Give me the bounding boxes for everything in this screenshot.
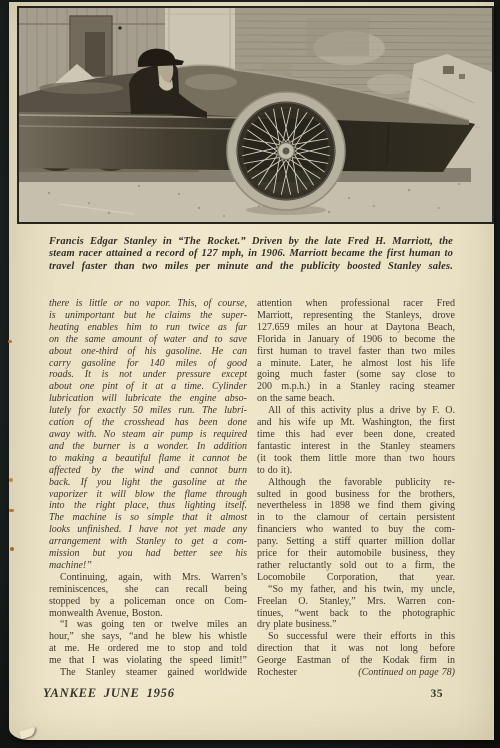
text-fragment: Rochester — [257, 667, 297, 679]
torn-paper-speck — [9, 478, 13, 482]
text-line: is unimportant but he claims the super- — [49, 310, 247, 322]
torn-paper-speck — [9, 509, 14, 512]
text-line: lubrication will lubricate the engine ab… — [49, 393, 247, 405]
text-line: So successful were their efforts in this — [257, 631, 455, 643]
text-line: to do it). — [257, 465, 455, 477]
text-line: going much faster (some say close to — [257, 369, 455, 381]
text-line: affected by the wind and cannot burn — [49, 465, 247, 477]
text-line: hour,” she says, “and he blew his whistl… — [49, 631, 247, 643]
caption-line: steam racer attained a record of 127 mph… — [49, 248, 453, 260]
text-line: attention when professional racer Fred — [257, 298, 455, 310]
text-line: into the right place, thus lighting itse… — [49, 500, 247, 512]
text-line: financiers who wanted to buy the com- — [257, 524, 455, 536]
caption-line: Francis Edgar Stanley in “The Rocket.” D… — [49, 236, 453, 248]
text-line: heating enables him to run twice as far — [49, 322, 247, 334]
page-footer: YANKEE JUNE 1956 35 — [43, 686, 443, 701]
text-line: Florida in January of 1906 to become the — [257, 334, 455, 346]
text-line: vaporizer it will blow the flame through — [49, 489, 247, 501]
text-line: Marriott, representing the Stanleys, dro… — [257, 310, 455, 322]
text-line: lutely for exactly 50 miles run. The lub… — [49, 405, 247, 417]
text-line: about one-third of his gasoline. He can — [49, 346, 247, 358]
text-line: on the same amount of water and to save — [49, 334, 247, 346]
text-line: stopped by a policeman once on Com- — [49, 596, 247, 608]
text-line: 127.659 miles an hour at Daytona Beach, — [257, 322, 455, 334]
sepia-overlay — [19, 8, 492, 222]
text-line: price for their automobile business, the… — [257, 548, 455, 560]
text-line: “I was going ten or twelve miles an — [49, 619, 247, 631]
text-line: on the same beach. — [257, 393, 455, 405]
article-body: there is little or no vapor. This, of co… — [49, 298, 455, 679]
text-line: Continuing, again, with Mrs. Warren’s — [49, 572, 247, 584]
text-line: Although the favorable publicity re- — [257, 477, 455, 489]
text-line: time this had ever been done, created — [257, 429, 455, 441]
text-line: carry gasoline for 140 miles of good — [49, 358, 247, 370]
text-line: Locomobile Corporation, that year. — [257, 572, 455, 584]
text-line: to making a beautiful flame it cannot be — [49, 453, 247, 465]
torn-paper-speck — [10, 547, 14, 551]
text-line: direction that it was not long before — [257, 643, 455, 655]
text-line: first human to travel faster than two mi… — [257, 346, 455, 358]
text-line: pany. Setting a stiff quarter million do… — [257, 536, 455, 548]
stanley-rocket-photo — [17, 6, 494, 224]
text-line: and his wife up Mt. Washington, the firs… — [257, 417, 455, 429]
text-line: Freelan O. Stanley,” Mrs. Warren con- — [257, 596, 455, 608]
text-line: sulted in good business for the brothers… — [257, 489, 455, 501]
text-line: nevertheless in 1898 we find them giving — [257, 500, 455, 512]
torn-paper-speck — [8, 340, 12, 343]
text-line: machine!” — [49, 560, 247, 572]
continued-note: (Continued on page 78) — [358, 667, 455, 679]
photo-caption: Francis Edgar Stanley in “The Rocket.” D… — [49, 236, 453, 273]
text-line: and the burner is a wonder. In addition — [49, 441, 247, 453]
text-line: at me. He ordered me to stop and told — [49, 643, 247, 655]
text-line: dry plate business.” — [257, 619, 455, 631]
text-line: Rochester(Continued on page 78) — [257, 667, 455, 679]
text-line: All of this activity plus a drive by F. … — [257, 405, 455, 417]
text-line: The Stanley steamer gained worldwide — [49, 667, 247, 679]
text-line: away with. No steam air pump is required — [49, 429, 247, 441]
text-line: The machine is so simple that it almost — [49, 512, 247, 524]
magazine-page: Francis Edgar Stanley in “The Rocket.” D… — [9, 2, 494, 740]
text-line: there is little or no vapor. This, of co… — [49, 298, 247, 310]
text-line: 200 m.p.h.) in a Stanley racing steamer — [257, 381, 455, 393]
left-column: there is little or no vapor. This, of co… — [49, 298, 247, 679]
text-line: me that I was violating the speed limit!… — [49, 655, 247, 667]
text-line: mission but you had better see his — [49, 548, 247, 560]
scanned-magazine-photo: { "colors": { "background": "#181f1c", "… — [0, 0, 500, 748]
text-line: (it took them little more than two hours — [257, 453, 455, 465]
right-column: attention when professional racer FredMa… — [257, 298, 455, 679]
text-line: fantastic interest in the Stanley steame… — [257, 441, 455, 453]
text-line: George Eastman of the Kodak firm in — [257, 655, 455, 667]
text-line: cation of the crosshead has been done — [49, 417, 247, 429]
page-number: 35 — [431, 688, 444, 700]
text-line: rather reluctantly sold out to a firm, t… — [257, 560, 455, 572]
text-line: looks unfinished. I have not yet made an… — [49, 524, 247, 536]
text-line: in to the clamour of certain persistent — [257, 512, 455, 524]
text-line: arrangement with Stanley to get a com- — [49, 536, 247, 548]
text-line: “So my father, and his twin, my uncle, — [257, 584, 455, 596]
text-line: monwealth Avenue, Boston. — [49, 608, 247, 620]
magazine-footline: YANKEE JUNE 1956 — [43, 686, 175, 701]
text-line: reminiscences, she can recall being — [49, 584, 247, 596]
text-line: roads. It is not under pressure except — [49, 369, 247, 381]
text-line: back. If you light the gasoline at the — [49, 477, 247, 489]
caption-line: travel faster than two miles per minute … — [49, 261, 453, 273]
text-line: a minute. Later, he almost lost his life — [257, 358, 455, 370]
text-line: about one pint of it at a time. Cylinder — [49, 381, 247, 393]
text-line: tinues, “went back to the photographic — [257, 608, 455, 620]
